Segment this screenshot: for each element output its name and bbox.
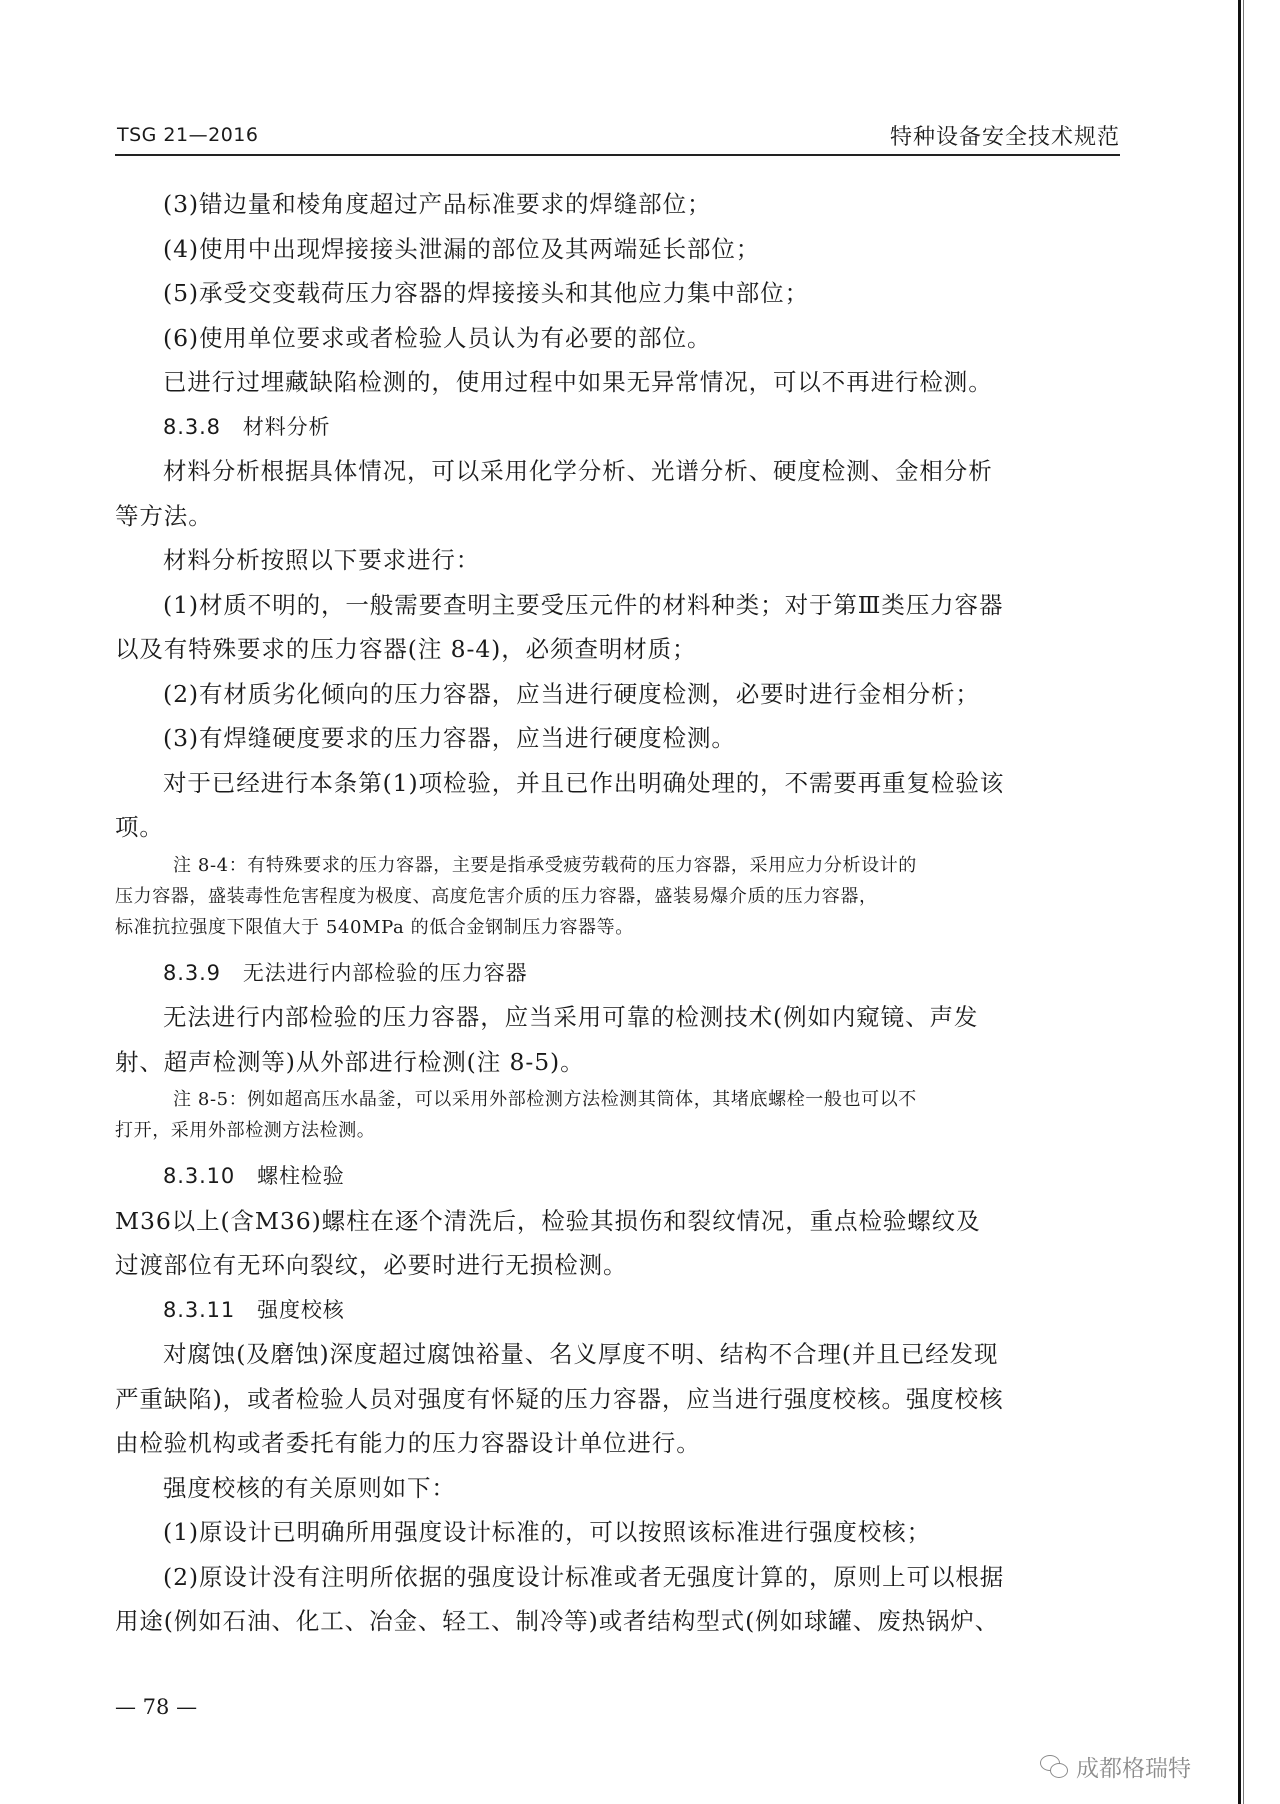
paragraph-continued: 由检验机构或者委托有能力的压力容器设计单位进行。 xyxy=(115,1421,1125,1466)
section-heading-8-3-9: 8.3.9 无法进行内部检验的压力容器 xyxy=(115,951,1125,996)
list-item: (3)有焊缝硬度要求的压力容器，应当进行硬度检测。 xyxy=(115,716,1125,761)
list-item: (5)承受交变载荷压力容器的焊接接头和其他应力集中部位； xyxy=(115,271,1125,316)
standard-code: TSG 21—2016 xyxy=(117,124,258,146)
section-heading-8-3-8: 8.3.8 材料分析 xyxy=(115,405,1125,450)
footnote-8-4-continued: 标准抗拉强度下限值大于 540MPa 的低合金钢制压力容器等。 xyxy=(115,912,1125,943)
footnote-8-5-continued: 打开，采用外部检测方法检测。 xyxy=(115,1115,1125,1146)
footnote-8-4: 注 8-4：有特殊要求的压力容器，主要是指承受疲劳载荷的压力容器，采用应力分析设… xyxy=(115,850,1125,881)
list-item: (6)使用单位要求或者检验人员认为有必要的部位。 xyxy=(115,316,1125,361)
paragraph: 已进行过埋藏缺陷检测的，使用过程中如果无异常情况，可以不再进行检测。 xyxy=(115,360,1125,405)
series-title: 特种设备安全技术规范 xyxy=(890,120,1120,151)
list-item: (4)使用中出现焊接接头泄漏的部位及其两端延长部位； xyxy=(115,227,1125,272)
paragraph: 强度校核的有关原则如下： xyxy=(115,1466,1125,1511)
paragraph: M36以上(含M36)螺柱在逐个清洗后，检验其损伤和裂纹情况，重点检验螺纹及 xyxy=(115,1199,1125,1244)
list-item: (2)有材质劣化倾向的压力容器，应当进行硬度检测，必要时进行金相分析； xyxy=(115,672,1125,717)
page-header: TSG 21—2016 特种设备安全技术规范 xyxy=(115,118,1120,156)
footnote-8-4-continued: 压力容器，盛装毒性危害程度为极度、高度危害介质的压力容器，盛装易爆介质的压力容器… xyxy=(115,881,1125,912)
paragraph: 对腐蚀(及磨蚀)深度超过腐蚀裕量、名义厚度不明、结构不合理(并且已经发现 xyxy=(115,1332,1125,1377)
list-item: (2)原设计没有注明所依据的强度设计标准或者无强度计算的，原则上可以根据 xyxy=(115,1555,1125,1600)
page-binding-edge xyxy=(1238,0,1241,1804)
list-item: (1)材质不明的，一般需要查明主要受压元件的材料种类；对于第Ⅲ类压力容器 xyxy=(115,583,1125,628)
page-binding-shadow xyxy=(1243,0,1244,1804)
list-item-continued: 用途(例如石油、化工、冶金、轻工、制冷等)或者结构型式(例如球罐、废热锅炉、 xyxy=(115,1599,1125,1644)
paragraph-continued: 过渡部位有无环向裂纹，必要时进行无损检测。 xyxy=(115,1243,1125,1288)
section-heading-8-3-11: 8.3.11 强度校核 xyxy=(115,1288,1125,1333)
watermark-text: 成都格瑞特 xyxy=(1076,1750,1191,1783)
page-number: — 78 — xyxy=(115,1695,197,1719)
paragraph-continued: 项。 xyxy=(115,805,1125,850)
page-body: (3)错边量和棱角度超过产品标准要求的焊缝部位； (4)使用中出现焊接接头泄漏的… xyxy=(115,182,1125,1644)
watermark: 成都格瑞特 xyxy=(1040,1750,1191,1783)
list-item-continued: 以及有特殊要求的压力容器(注 8-4)，必须查明材质； xyxy=(115,627,1125,672)
list-item: (1)原设计已明确所用强度设计标准的，可以按照该标准进行强度校核； xyxy=(115,1510,1125,1555)
paragraph: 材料分析根据具体情况，可以采用化学分析、光谱分析、硬度检测、金相分析 xyxy=(115,449,1125,494)
paragraph-continued: 射、超声检测等)从外部进行检测(注 8-5)。 xyxy=(115,1040,1125,1085)
paragraph: 材料分析按照以下要求进行： xyxy=(115,538,1125,583)
wechat-icon xyxy=(1040,1755,1070,1779)
paragraph: 对于已经进行本条第(1)项检验，并且已作出明确处理的，不需要再重复检验该 xyxy=(115,761,1125,806)
footnote-8-5: 注 8-5：例如超高压水晶釜，可以采用外部检测方法检测其筒体，其堵底螺栓一般也可… xyxy=(115,1084,1125,1115)
paragraph: 无法进行内部检验的压力容器，应当采用可靠的检测技术(例如内窥镜、声发 xyxy=(115,995,1125,1040)
list-item: (3)错边量和棱角度超过产品标准要求的焊缝部位； xyxy=(115,182,1125,227)
paragraph-continued: 严重缺陷)，或者检验人员对强度有怀疑的压力容器，应当进行强度校核。强度校核 xyxy=(115,1377,1125,1422)
paragraph-continued: 等方法。 xyxy=(115,494,1125,539)
section-heading-8-3-10: 8.3.10 螺柱检验 xyxy=(115,1154,1125,1199)
